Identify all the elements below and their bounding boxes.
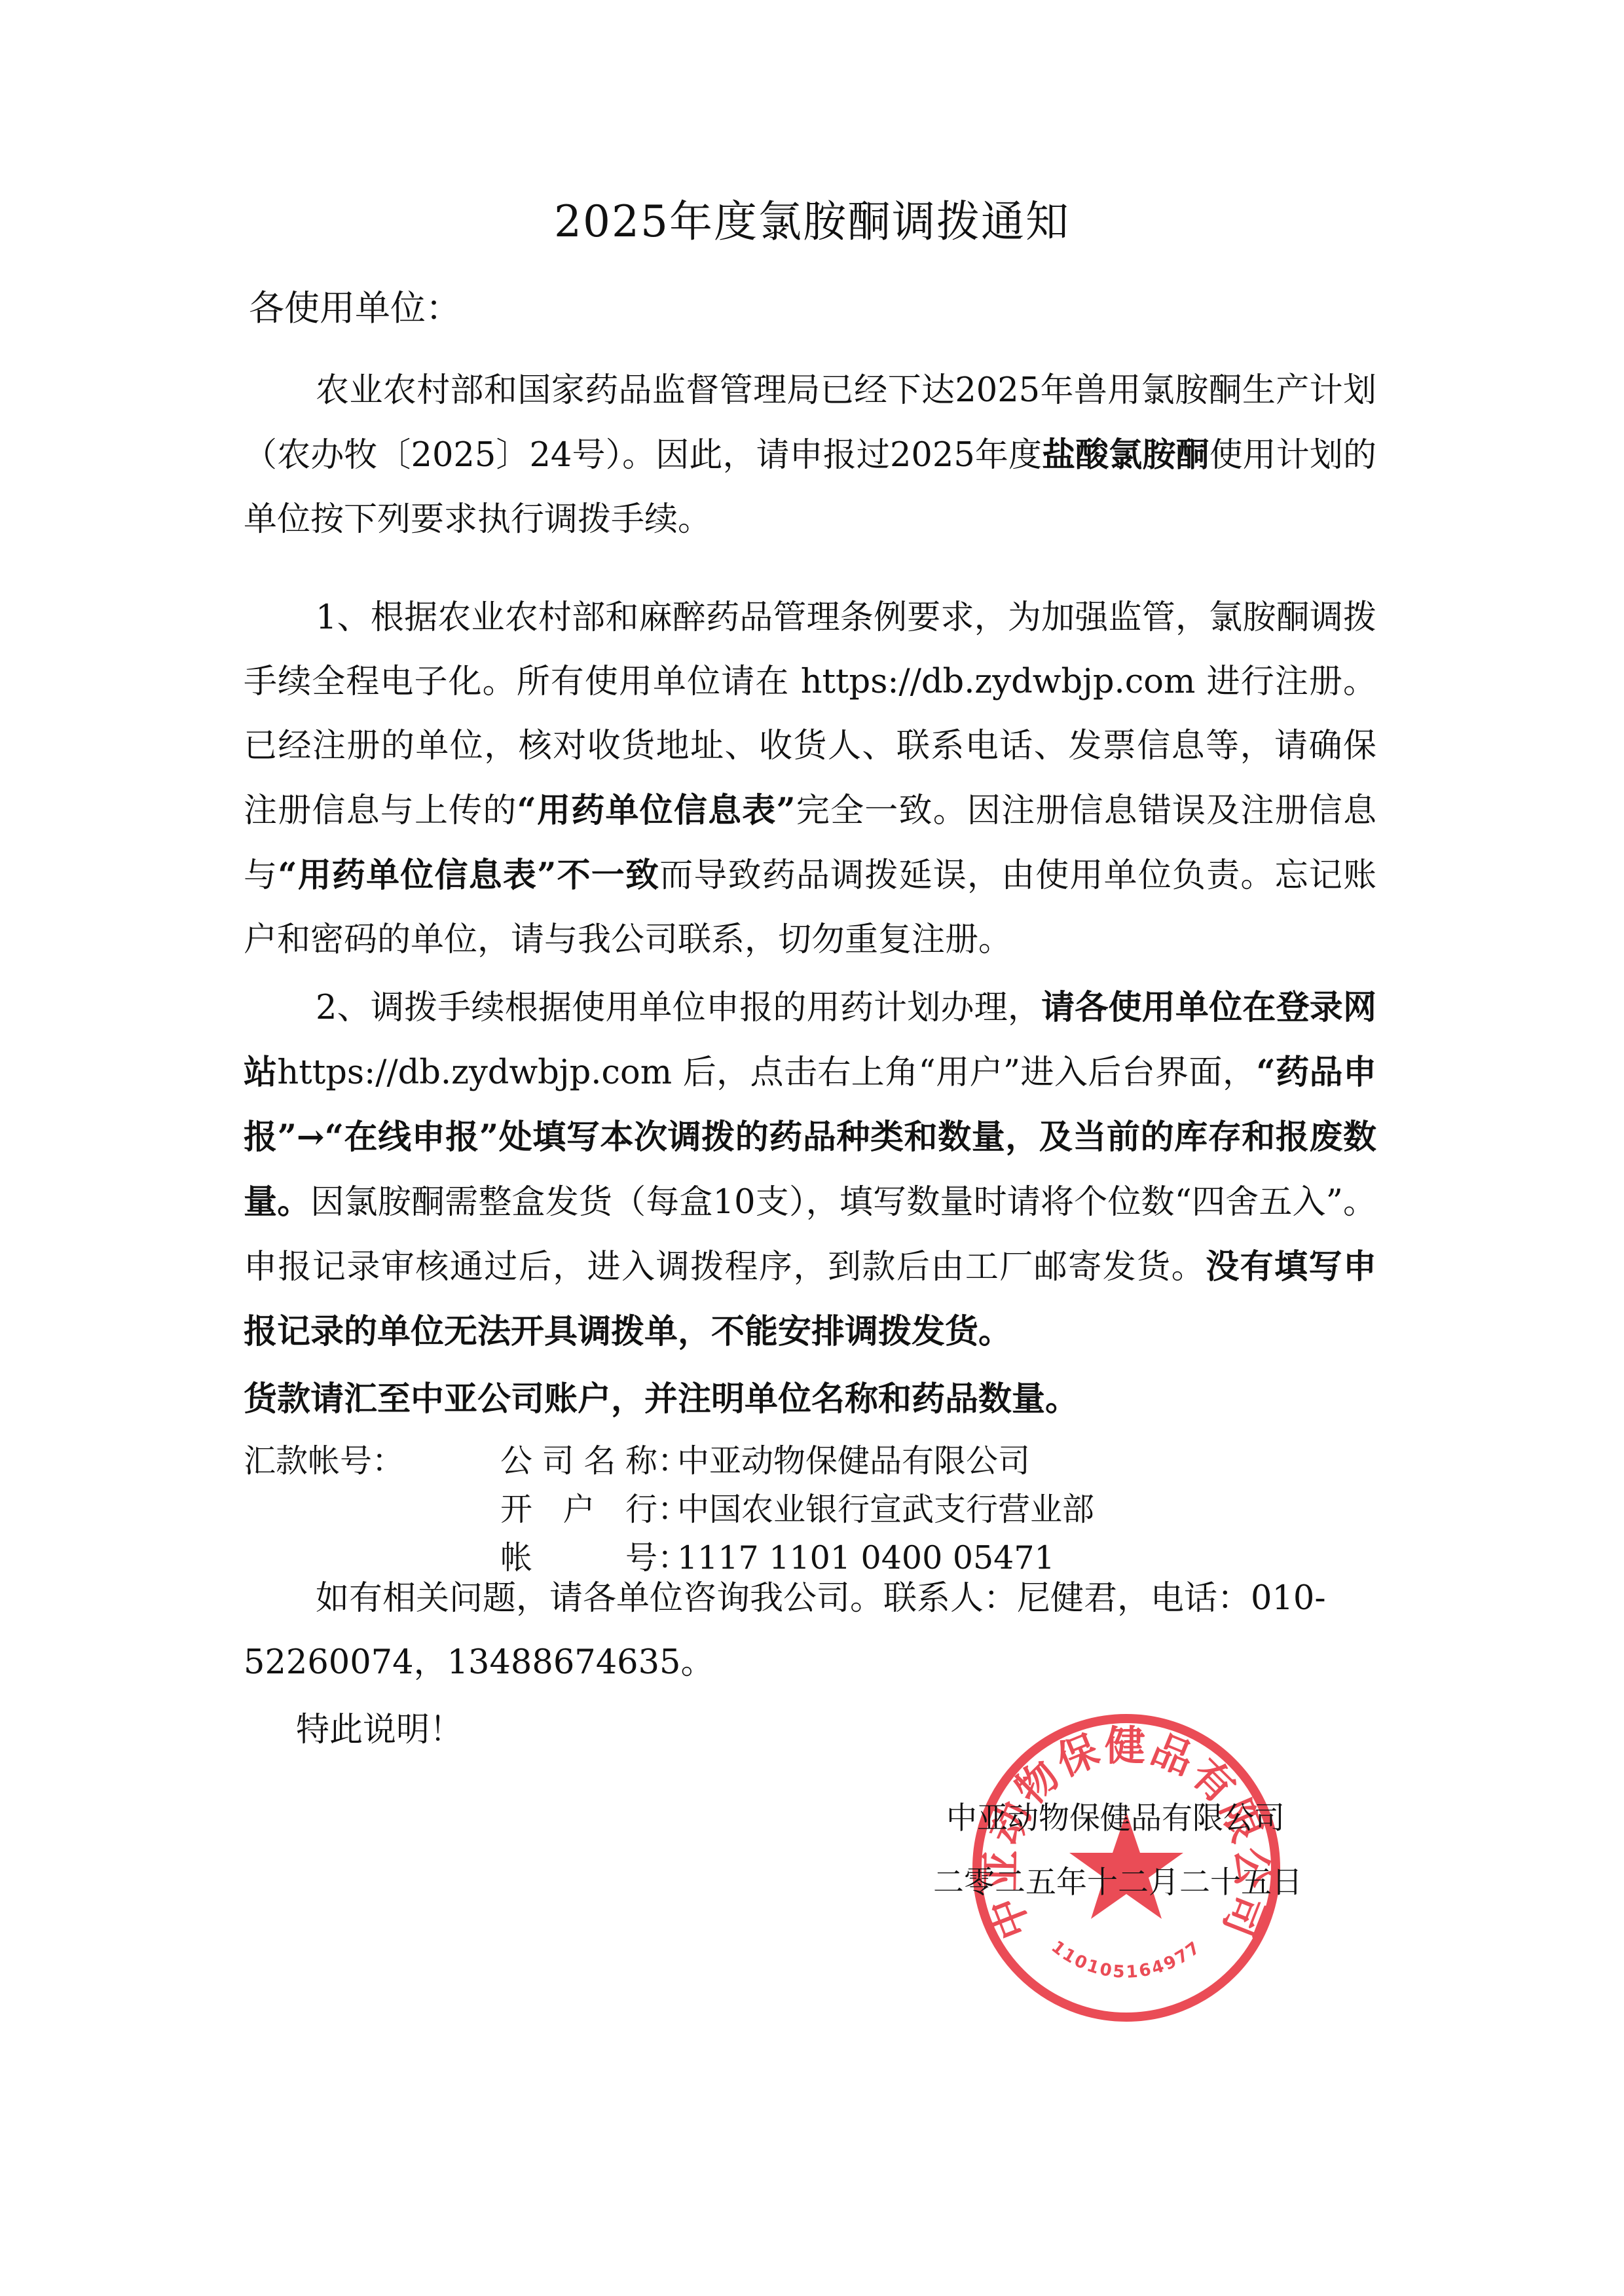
intro-paragraph: 农业农村部和国家药品监督管理局已经下达2025年兽用氯胺酮生产计划（农办牧〔20… (244, 359, 1376, 552)
bold-text-segment: “用药单位信息表”不一致 (278, 856, 659, 895)
item-1-paragraph: 1、根据农业农村部和麻醉药品管理条例要求，为加强监管，氯胺酮调拨手续全程电子化。… (244, 586, 1376, 972)
page-title: 2025年度氯胺酮调拨通知 (0, 187, 1624, 249)
text-segment: 2、调拨手续根据使用单位申报的用药计划办理， (316, 989, 1041, 1027)
payment-note: 货款请汇至中亚公司账户，并注明单位名称和药品数量。 (244, 1372, 1079, 1420)
payment-label: 汇款帐号： (244, 1437, 427, 1485)
signature-company: 中亚动物保健品有限公司 (946, 1794, 1285, 1838)
salutation: 各使用单位： (249, 280, 461, 331)
text-segment: https://db.zydwbjp.com 后，点击右上角“用户”进入后台界面… (277, 1053, 1256, 1092)
payment-row-bank: 开户行：中国农业银行宣武支行营业部 (500, 1485, 1094, 1534)
bold-text-segment: “用药单位信息表” (517, 791, 796, 830)
payment-key: 开户行 (500, 1485, 657, 1534)
svg-text:110105164977: 110105164977 (1048, 1937, 1206, 1982)
bold-text-segment: 盐酸氯胺酮 (1042, 435, 1209, 475)
payment-row-company: 公司名称：中亚动物保健品有限公司 (500, 1437, 1030, 1485)
payment-value: 中国农业银行宣武支行营业部 (677, 1491, 1094, 1528)
payment-key: 公司名称 (500, 1437, 657, 1485)
closing-line: 特此说明！ (296, 1702, 463, 1751)
payment-value: 中亚动物保健品有限公司 (677, 1442, 1030, 1480)
signature-date: 二零二五年十二月二十五日 (933, 1858, 1302, 1902)
contact-paragraph: 如有相关问题，请各单位咨询我公司。联系人：尼健君，电话：010-52260074… (244, 1567, 1376, 1695)
item-2-paragraph: 2、调拨手续根据使用单位申报的用药计划办理，请各使用单位在登录网站https:/… (244, 975, 1376, 1364)
